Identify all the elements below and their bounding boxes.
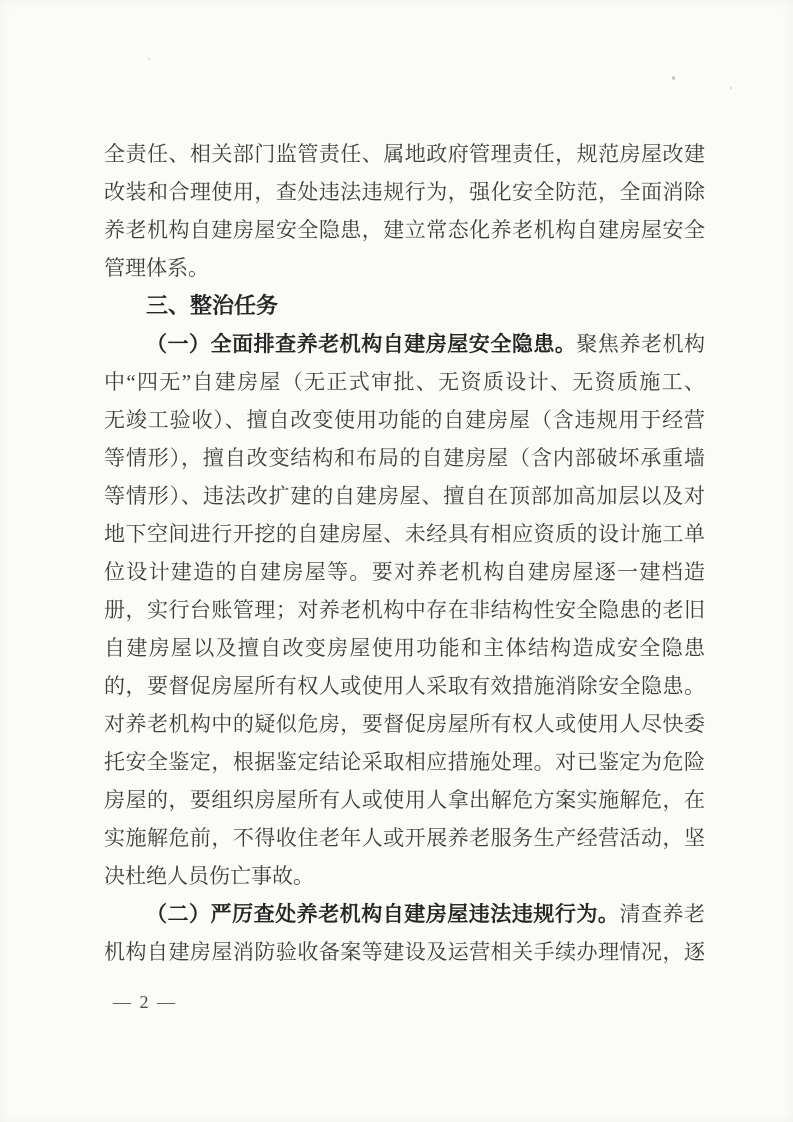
text-line: 养老机构自建房屋安全隐患，建立常态化养老机构自建房屋安全 xyxy=(104,211,705,249)
text-line: 决杜绝人员伤亡事故。 xyxy=(104,857,705,895)
text-line: 管理体系。 xyxy=(104,249,705,287)
text-line: 改装和合理使用，查处违法违规行为，强化安全防范，全面消除 xyxy=(104,173,705,211)
text-line: 机构自建房屋消防验收备案等建设及运营相关手续办理情况，逐 xyxy=(104,933,705,971)
item-lead-bold: （二）严厉查处养老机构自建房屋违法违规行为。 xyxy=(146,903,619,926)
text-line: 自建房屋以及擅自改变房屋使用功能和主体结构造成安全隐患 xyxy=(104,629,705,667)
text-line: 无竣工验收）、擅自改变使用功能的自建房屋（含违规用于经营 xyxy=(104,401,705,439)
text-line: 位设计建造的自建房屋等。要对养老机构自建房屋逐一建档造 xyxy=(104,553,705,591)
text-line: 对养老机构中的疑似危房，要督促房屋所有权人或使用人尽快委 xyxy=(104,705,705,743)
text-line: 托安全鉴定，根据鉴定结论采取相应措施处理。对已鉴定为危险 xyxy=(104,743,705,781)
item-lead-rest: 清查养老 xyxy=(619,902,705,926)
item-lead-rest: 聚焦养老机构 xyxy=(576,332,705,356)
text-line: 的，要督促房屋所有权人或使用人采取有效措施消除安全隐患。 xyxy=(104,667,705,705)
page-number: — 2 — xyxy=(113,992,177,1012)
text-line: 全责任、相关部门监管责任、属地政府管理责任，规范房屋改建 xyxy=(104,135,705,173)
scan-speck xyxy=(672,76,675,80)
text-line: 等情形），擅自改变结构和布局的自建房屋（含内部破坏承重墙 xyxy=(104,439,705,477)
item-lead-line: （一）全面排查养老机构自建房屋安全隐患。聚焦养老机构 xyxy=(104,325,705,363)
text-line: 地下空间进行开挖的自建房屋、未经具有相应资质的设计施工单 xyxy=(104,515,705,553)
document-body: 全责任、相关部门监管责任、属地政府管理责任，规范房屋改建 改装和合理使用，查处违… xyxy=(104,135,705,971)
text-line: 等情形）、违法改扩建的自建房屋、擅自在顶部加高加层以及对 xyxy=(104,477,705,515)
text-line: 房屋的，要组织房屋所有人或使用人拿出解危方案实施解危，在 xyxy=(104,781,705,819)
item-lead-line: （二）严厉查处养老机构自建房屋违法违规行为。清查养老 xyxy=(104,895,705,933)
item-lead-bold: （一）全面排查养老机构自建房屋安全隐患。 xyxy=(146,333,576,356)
scan-speck xyxy=(730,87,732,89)
page-footer: — 2 — xyxy=(113,992,177,1013)
document-page: 全责任、相关部门监管责任、属地政府管理责任，规范房屋改建 改装和合理使用，查处违… xyxy=(0,0,793,1122)
text-line: 实施解危前，不得收住老年人或开展养老服务生产经营活动，坚 xyxy=(104,819,705,857)
text-line: 册，实行台账管理；对养老机构中存在非结构性安全隐患的老旧 xyxy=(104,591,705,629)
scan-speck xyxy=(148,58,150,60)
text-line: 中“四无”自建房屋（无正式审批、无资质设计、无资质施工、 xyxy=(104,363,705,401)
section-heading: 三、整治任务 xyxy=(104,287,705,325)
